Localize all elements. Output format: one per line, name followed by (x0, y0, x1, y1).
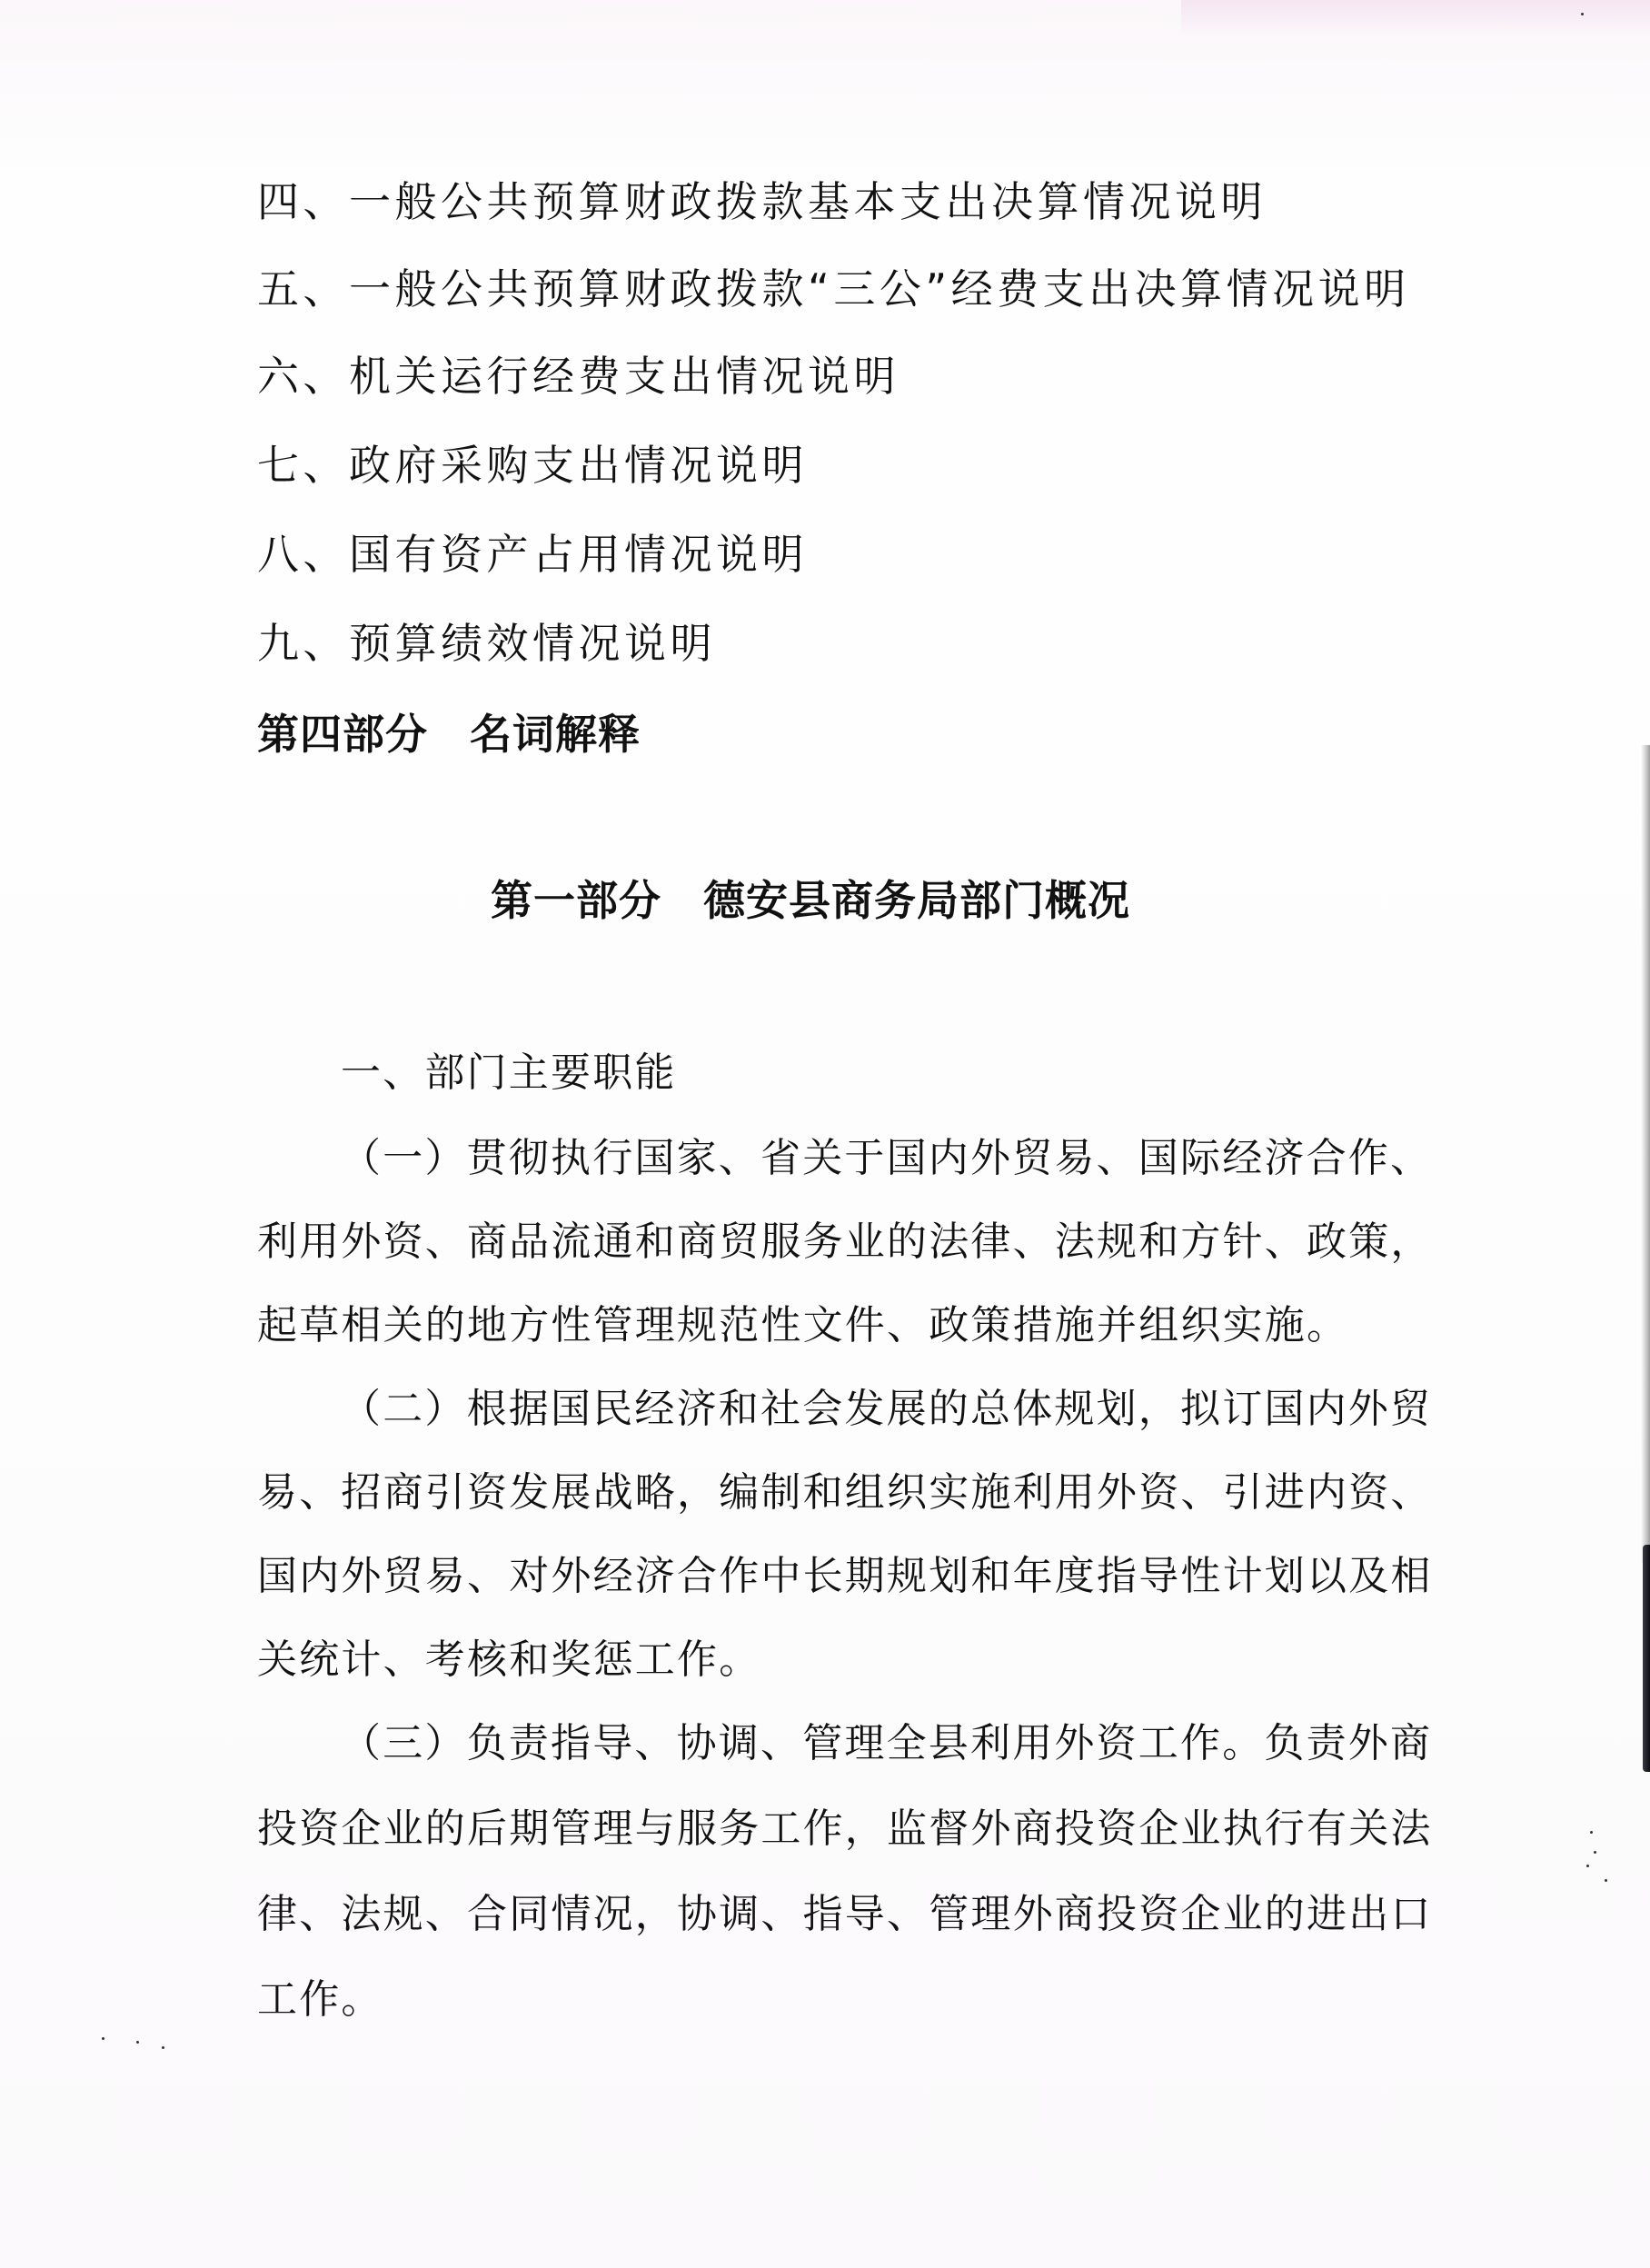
paragraph-line: 易、招商引资发展战略，编制和组织实施利用外资、引进内资、 (257, 1473, 1393, 1513)
toc-item: 五、一般公共预算财政拨款“三公”经费支出决算情况说明 (257, 268, 1410, 310)
paragraph-line: （二）根据国民经济和社会发展的总体规划，拟订国内外贸 (341, 1389, 1476, 1429)
page-edge-shadow (1641, 745, 1650, 1563)
paragraph-line: （三）负责指导、协调、管理全县利用外资工作。负责外商 (341, 1724, 1476, 1764)
paragraph-line: 国内外贸易、对外经济合作中长期规划和年度指导性计划以及相 (257, 1557, 1393, 1597)
toc-part-heading: 第四部分名词解释 (257, 713, 641, 755)
toc-item: 九、预算绩效情况说明 (257, 622, 716, 664)
scan-speck (1605, 1879, 1607, 1882)
toc-item: 六、机关运行经费支出情况说明 (257, 355, 900, 397)
scan-speck (136, 2041, 139, 2044)
paragraph-line: 律、法规、合同情况，协调、指导、管理外商投资企业的进出口 (257, 1895, 1393, 1935)
scan-speck (162, 2046, 164, 2049)
section-title: 第一部分德安县商务局部门概况 (491, 880, 1130, 921)
scan-speck (1594, 1851, 1596, 1854)
paragraph-line: 起草相关的地方性管理规范性文件、政策措施并组织实施。 (257, 1306, 1393, 1346)
scan-speck (1581, 13, 1584, 15)
paragraph-line: 工作。 (257, 1980, 1393, 2020)
toc-item: 七、政府采购支出情况说明 (257, 444, 808, 486)
scanned-page: 四、一般公共预算财政拨款基本支出决算情况说明 五、一般公共预算财政拨款“三公”经… (0, 0, 1650, 2268)
scan-speck (1586, 1865, 1589, 1867)
section-part-label: 第一部分 (491, 876, 661, 925)
page-edge-dark (1643, 1545, 1650, 1772)
paragraph-line: 关统计、考核和奖惩工作。 (257, 1640, 1393, 1680)
toc-part-title: 名词解释 (470, 710, 641, 759)
toc-item: 八、国有资产占用情况说明 (257, 533, 808, 575)
scan-speck (1590, 1831, 1593, 1834)
section-title-text: 德安县商务局部门概况 (703, 876, 1130, 925)
scan-speck (102, 2037, 104, 2040)
scan-tint (1181, 0, 1650, 36)
paragraph-line: 投资企业的后期管理与服务工作，监督外商投资企业执行有关法 (257, 1809, 1393, 1849)
paragraph-line: （一）贯彻执行国家、省关于国内外贸易、国际经济合作、 (341, 1139, 1476, 1179)
toc-item: 四、一般公共预算财政拨款基本支出决算情况说明 (257, 181, 1267, 223)
paragraph-line: 利用外资、商品流通和商贸服务业的法律、法规和方针、政策， (257, 1222, 1393, 1262)
subsection-heading: 一、部门主要职能 (341, 1053, 1476, 1093)
toc-part-label: 第四部分 (257, 710, 428, 759)
